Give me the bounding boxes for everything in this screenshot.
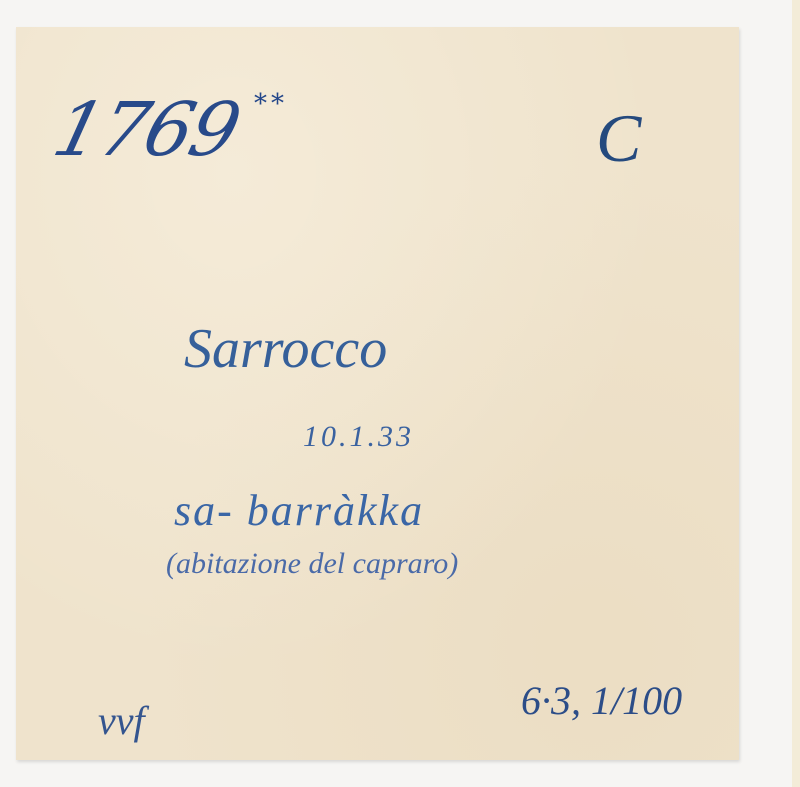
reference-number: 6·3, 1/100 [521,677,682,724]
dialect-term: sa- barràkka [174,485,424,536]
description: (abitazione del capraro) [166,547,458,581]
initials: vvf [98,697,145,744]
catalog-number: 1769 [45,87,247,173]
index-card: 1769 ** C Sarrocco 10.1.33 sa- barràkka … [16,27,739,760]
catalog-marks: ** [254,89,288,119]
date: 10.1.33 [303,420,414,454]
place-name: Sarrocco [184,317,387,381]
class-letter: C [596,99,641,178]
adjacent-card-edge [792,0,800,787]
